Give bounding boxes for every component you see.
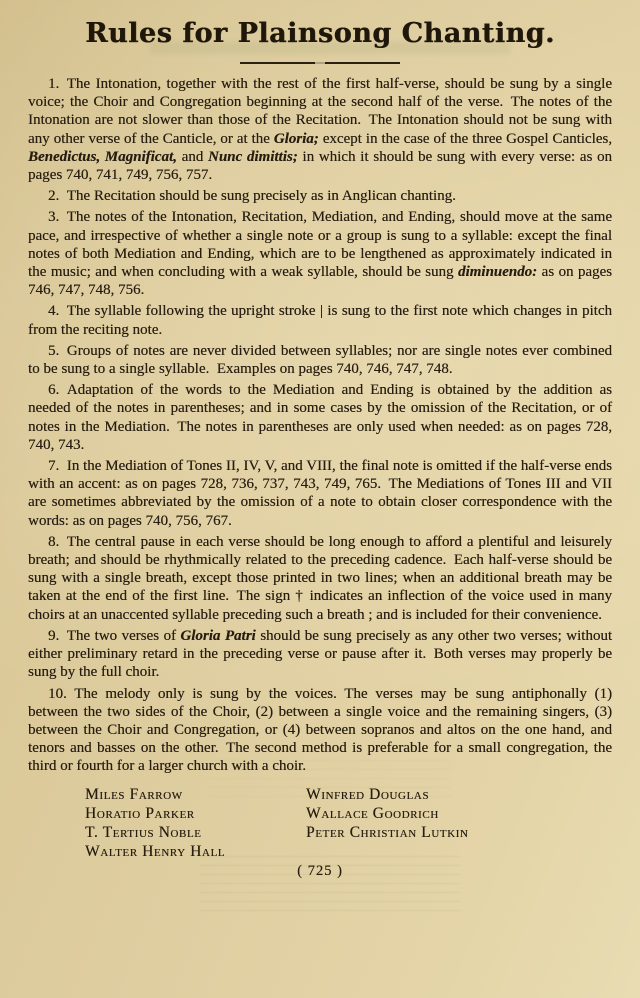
rule-paragraph-6: 6. Adaptation of the words to the Mediat…: [28, 381, 612, 454]
rule-paragraph-2: 2. The Recitation should be sung precise…: [28, 187, 612, 205]
text-segment: Gloria;: [274, 131, 319, 147]
text-segment: diminuendo:: [458, 264, 537, 280]
rule-paragraph-5: 5. Groups of notes are never divided bet…: [28, 342, 612, 378]
signatory-name: Wallace Goodrich: [306, 804, 612, 823]
signatories: Miles FarrowHoratio ParkerT. Tertius Nob…: [28, 785, 612, 862]
title-divider-rule: [240, 62, 400, 64]
text-segment: 10. The melody only is sung by the voice…: [28, 686, 612, 775]
signatory-name: Peter Christian Lutkin: [306, 823, 612, 842]
rules-text-block: 1. The Intonation, together with the res…: [28, 75, 612, 776]
text-segment: 9. The two verses of: [48, 628, 180, 644]
page-number: ( 725 ): [28, 863, 612, 880]
signatory-name: Miles Farrow: [85, 785, 306, 804]
text-segment: Gloria Patri: [180, 628, 255, 644]
signatory-name: Horatio Parker: [85, 804, 306, 823]
book-page: Rules for Plainsong Chanting. 1. The Int…: [0, 0, 640, 880]
text-segment: 5. Groups of notes are never divided bet…: [28, 343, 612, 377]
rule-paragraph-8: 8. The central pause in each verse shoul…: [28, 533, 612, 624]
page-title: Rules for Plainsong Chanting.: [28, 18, 612, 49]
signatory-name: T. Tertius Noble: [85, 823, 306, 842]
text-segment: and: [177, 149, 208, 165]
rule-paragraph-10: 10. The melody only is sung by the voice…: [28, 685, 612, 776]
rule-paragraph-9: 9. The two verses of Gloria Patri should…: [28, 627, 612, 682]
text-segment: 6. Adaptation of the words to the Mediat…: [28, 382, 612, 453]
rule-paragraph-7: 7. In the Mediation of Tones II, IV, V, …: [28, 457, 612, 530]
rule-paragraph-1: 1. The Intonation, together with the res…: [28, 75, 612, 184]
rule-paragraph-3: 3. The notes of the Intonation, Recitati…: [28, 208, 612, 299]
signatory-name: Walter Henry Hall: [85, 842, 306, 861]
rule-paragraph-4: 4. The syllable following the upright st…: [28, 302, 612, 338]
text-segment: Nunc dimittis;: [208, 149, 298, 165]
text-segment: except in the case of the three Gospel C…: [319, 131, 612, 147]
signatory-name: Winfred Douglas: [306, 785, 612, 804]
text-segment: 7. In the Mediation of Tones II, IV, V, …: [28, 458, 612, 529]
signatory-column-left: Miles FarrowHoratio ParkerT. Tertius Nob…: [28, 785, 306, 862]
text-segment: 4. The syllable following the upright st…: [28, 303, 612, 337]
text-segment: Benedictus, Magnificat,: [28, 149, 177, 165]
signatory-column-right: Winfred DouglasWallace GoodrichPeter Chr…: [306, 785, 612, 862]
text-segment: 8. The central pause in each verse shoul…: [28, 534, 612, 623]
text-segment: 2. The Recitation should be sung precise…: [48, 188, 456, 204]
